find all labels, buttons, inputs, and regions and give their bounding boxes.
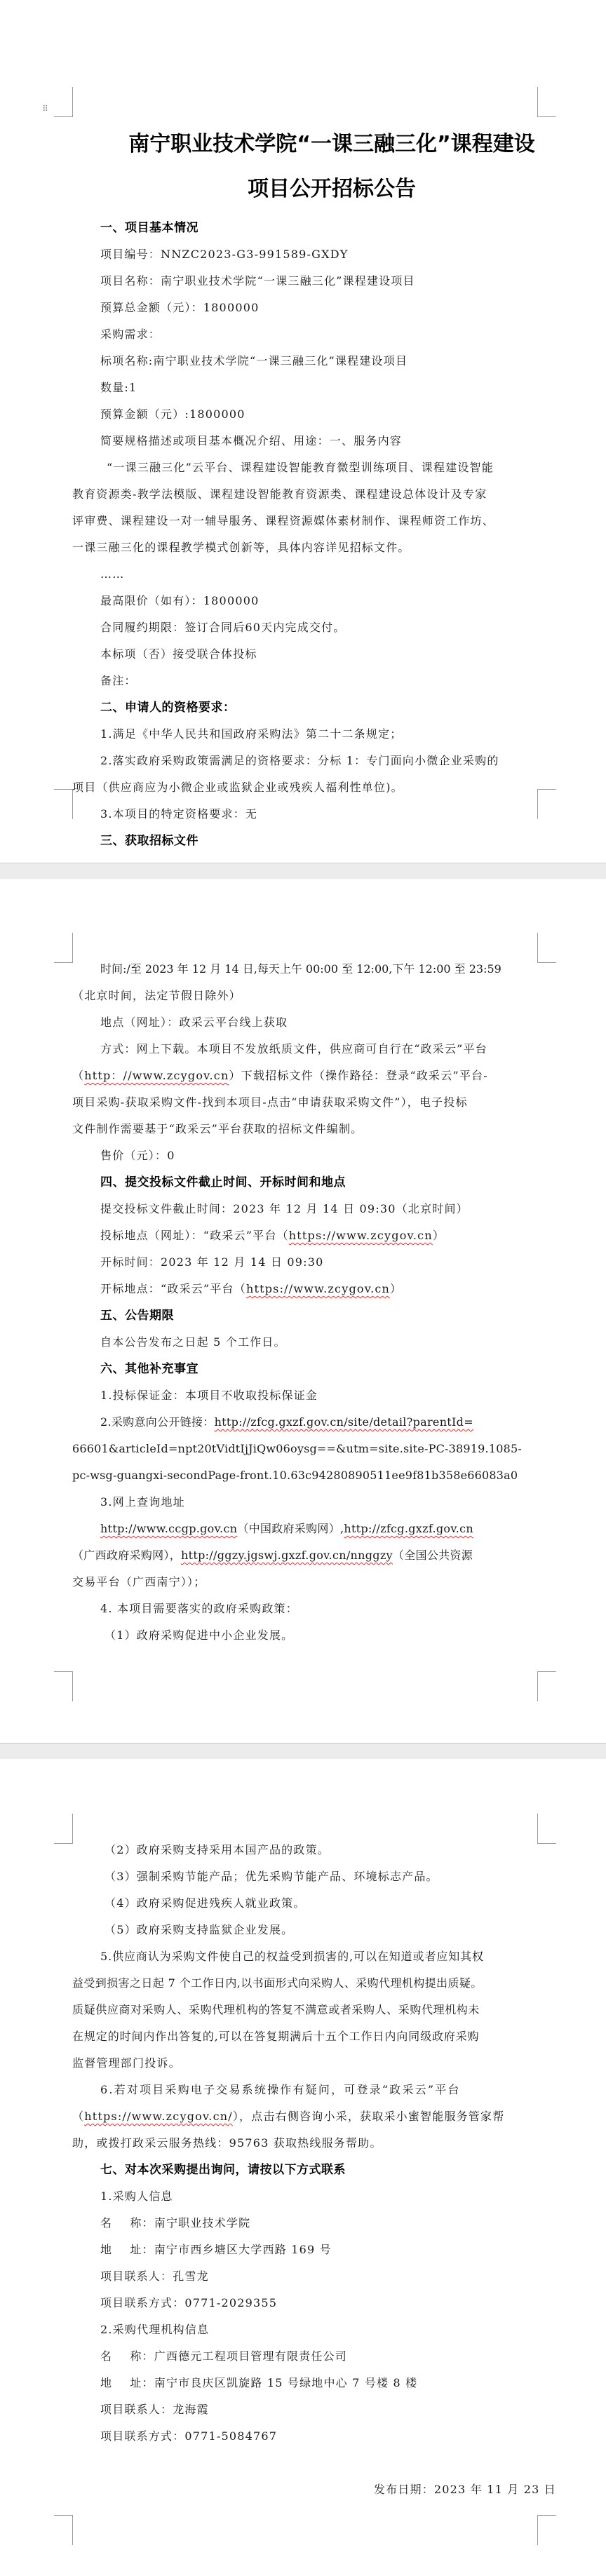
bid-bond: 1.投标保证金：本项目不收取投标保证金 [72,1382,577,1409]
bid-deadline: 提交投标文件截止时间：2023 年 12 月 14 日 09:30（北京时间） [72,1196,577,1222]
page-1-content: 南宁职业技术学院“一课三融三化”课程建设 项目公开招标公告 一、项目基本情况 项… [72,121,577,854]
gxzf-link[interactable]: http://zfcg.gxzf.gov.cn [344,1522,473,1535]
ggzy-label: （全国公共资源 [393,1549,473,1562]
section-2-heading: 二、申请人的资格要求： [72,694,577,721]
zcygov-link[interactable]: http：//www.zcygov.cn [84,1069,229,1082]
intent-link-line: 2.采购意向公开链接：http://zfcg.gxzf.gov.cn/site/… [72,1409,577,1436]
page-break [0,863,606,879]
agency-contact: 项目联系人：龙海霞 [72,2396,577,2423]
help-text-rest: ），点击右侧咨询小采，获取采小蜜智能服务管家帮 [233,2110,505,2123]
qualification-item-3: 3.本项目的特定资格要求：无 [72,801,577,828]
help-text: 6.若对项目采购电子交易系统操作有疑问，可登录“政采云”平台 [72,2077,577,2103]
project-name: 项目名称：南宁职业技术学院“一课三融三化”课程建设项目 [72,268,577,295]
intent-link[interactable]: http://zfcg.gxzf.gov.cn/site/detail?pare… [215,1415,473,1429]
project-number: 项目编号：NNZC2023-G3-991589-GXDY [72,241,577,268]
open-time: 开标时间：2023 年 12 月 14 日 09:30 [72,1249,577,1276]
query-address-label: 3.网上查询地址 [72,1489,577,1516]
intent-link-cont: 66601&articleId=npt20tVidtIjJiQw06oysg==… [72,1436,577,1462]
open-location-label: 开标地点：“政采云”平台（ [100,1282,246,1295]
obtain-method: 方式：网上下载。本项目不发放纸质文件，供应商可自行在“政采云”平台 [72,1036,577,1063]
margin-corner-mark [537,2515,556,2545]
ggzy-link[interactable]: http://ggzy.jgswj.gxzf.gov.cn/nnggzy [181,1549,393,1562]
service-content-line: 一课三融三化的课程教学模式创新等，具体内容详见招标文件。 [72,534,577,561]
margin-corner-mark [537,789,556,819]
page-3: （2）政府采购支持采用本国产品的政策。 （3）强制采购节能产品；优先采购节能产品… [0,1759,606,2576]
ellipsis: …… [72,561,577,588]
purchaser-name: 名 称：南宁职业技术学院 [72,2210,577,2237]
margin-corner-mark [54,2515,73,2545]
paren-close: ） [433,1229,445,1242]
agency-name: 名 称：广西德元工程项目管理有限责任公司 [72,2343,577,2370]
complaint-text: 质疑供应商对采购人、采购代理机构的答复不满意或者采购人、采购代理机构未 [72,1997,577,2023]
document-price: 售价（元）：0 [72,1142,577,1169]
method-text: ）下载招标文件（操作路径：登录“政采云”平台- [229,1069,487,1082]
brief-description: 简要规格描述或项目基本概况介绍、用途：一、服务内容 [72,428,577,454]
page-1: ⠿ 南宁职业技术学院“一课三融三化”课程建设 项目公开招标公告 一、项目基本情况… [0,0,606,863]
zcygov-help-link[interactable]: https://www.zcygov.cn/ [84,2110,233,2123]
contract-period: 合同履约期限：签订合同后60天内完成交付。 [72,614,577,641]
open-location-link[interactable]: https://www.zcygov.cn [246,1282,390,1295]
qualification-item-2: 2.落实政府采购政策需满足的资格要求：分标 1：专门面向小微企业采购的 [72,748,577,774]
margin-corner-mark [54,1671,73,1701]
budget-total: 预算总金额（元）：1800000 [72,295,577,321]
obtain-method-cont: 文件制作需要基于“政采云”平台获取的招标文件编制。 [72,1116,577,1142]
gxzf-label: （广西政府采购网）， [72,1549,181,1562]
ccgp-label: （中国政府采购网）, [237,1522,344,1535]
query-links-line: http://www.ccgp.gov.cn（中国政府采购网）,http://z… [72,1516,577,1542]
policy-item: （5）政府采购支持监狱企业发展。 [72,1917,577,1943]
section-5-heading: 五、公告期限 [72,1302,577,1329]
bid-location-link[interactable]: https://www.zcygov.cn [289,1229,433,1242]
policy-heading: 4. 本项目需要落实的政府采购政策： [72,1596,577,1622]
policy-item: （3）强制采购节能产品；优先采购节能产品、环境标志产品。 [72,1863,577,1890]
query-links-cont: 交易平台（广西南宁））； [72,1569,577,1596]
bid-location-label: 投标地点（网址）：“政采云”平台（ [100,1229,289,1242]
policy-item: （2）政府采购支持采用本国产品的政策。 [72,1837,577,1863]
margin-corner-mark [54,789,73,819]
quantity: 数量:1 [72,375,577,401]
page-2-content: 时间:/至 2023 年 12 月 14 日,每天上午 00:00 至 12:0… [72,956,577,1649]
complaint-text: 监督管理部门投诉。 [72,2050,577,2077]
service-content-line: 评审费、课程建设一对一辅导服务、课程资源媒体素材制作、课程师资工作坊、 [72,508,577,534]
intent-link-label: 2.采购意向公开链接： [100,1415,215,1429]
document-title-line-1: 南宁职业技术学院“一课三融三化”课程建设 [72,121,577,168]
help-text-cont: 助，或拨打政采云服务热线：95763 获取热线服务帮助。 [72,2130,577,2157]
margin-corner-mark [54,1814,73,1844]
page-3-content: （2）政府采购支持采用本国产品的政策。 （3）强制采购节能产品；优先采购节能产品… [72,1837,577,2503]
section-4-heading: 四、提交投标文件截止时间、开标时间和地点 [72,1169,577,1196]
remarks: 备注： [72,668,577,694]
section-7-heading: 七、对本次采购提出询问，请按以下方式联系 [72,2157,577,2183]
section-6-heading: 六、其他补充事宜 [72,1356,577,1382]
help-text-cont: （https://www.zcygov.cn/），点击右侧咨询小采，获取采小蜜智… [72,2103,577,2130]
budget-amount: 预算金额（元）:1800000 [72,401,577,428]
margin-corner-mark [54,933,73,963]
margin-corner-mark [537,87,556,117]
drag-handle-icon[interactable]: ⠿ [42,107,49,122]
policy-item: （1）政府采购促进中小企业发展。 [72,1622,577,1649]
paren-open: （ [72,1069,84,1082]
section-1-heading: 一、项目基本情况 [72,215,577,241]
notice-period: 自本公告发布之日起 5 个工作日。 [72,1329,577,1356]
obtain-time-cont: （北京时间，法定节假日除外） [72,983,577,1009]
purchaser-phone: 项目联系方式：0771-2029355 [72,2290,577,2317]
paren-open: （ [72,2110,84,2123]
obtain-location: 地点（网址）：政采云平台线上获取 [72,1009,577,1036]
agency-info-label: 2.采购代理机构信息 [72,2317,577,2343]
agency-address: 地 址：南宁市良庆区凯旋路 15 号绿地中心 7 号楼 8 楼 [72,2370,577,2396]
purchaser-contact: 项目联系人：孔雪龙 [72,2263,577,2290]
complaint-text: 在规定的时间内作出答复的,可以在答复期满后十五个工作日内向同级政府采购 [72,2023,577,2050]
obtain-method-cont: （http：//www.zcygov.cn）下载招标文件（操作路径：登录“政采云… [72,1063,577,1089]
consortium-bid: 本标项（否）接受联合体投标 [72,641,577,668]
qualification-item-2-cont: 项目（供应商应为小微企业或监狱企业或残疾人福利性单位)。 [72,774,577,801]
complaint-text: 5.供应商认为采购文件使自己的权益受到损害的,可以在知道或者应知其权 [72,1943,577,1970]
policy-item: （4）政府采购促进残疾人就业政策。 [72,1890,577,1917]
obtain-time: 时间:/至 2023 年 12 月 14 日,每天上午 00:00 至 12:0… [72,956,577,983]
qualification-item-1: 1.满足《中华人民共和国政府采购法》第二十二条规定； [72,721,577,748]
bid-location: 投标地点（网址）：“政采云”平台（https://www.zcygov.cn） [72,1222,577,1249]
intent-link-cont-1[interactable]: 66601&articleId=npt20tVidtIjJiQw06oysg==… [72,1442,522,1455]
max-price: 最高限价（如有）：1800000 [72,588,577,614]
agency-phone: 项目联系方式：0771-5084767 [72,2423,577,2450]
purchaser-address: 地 址：南宁市西乡塘区大学西路 169 号 [72,2237,577,2263]
paren-close: ） [390,1282,402,1295]
page-2: 时间:/至 2023 年 12 月 14 日,每天上午 00:00 至 12:0… [0,879,606,1743]
complaint-text: 益受到损害之日起 7 个工作日内,以书面形式向采购人、采购代理机构提出质疑。 [72,1970,577,1997]
requirement-label: 采购需求： [72,321,577,348]
margin-corner-mark [54,87,73,117]
section-3-heading: 三、获取招标文件 [72,828,577,854]
service-content-line: “一课三融三化”云平台、课程建设智能教育微型训练项目、课程建设智能 [72,454,577,481]
obtain-method-cont: 项目采购-获取采购文件-找到本项目-点击“申请获取采购文件”），电子投标 [72,1089,577,1116]
page-break [0,1743,606,1760]
open-location: 开标地点：“政采云”平台（https://www.zcygov.cn） [72,1276,577,1302]
document-title-line-2: 项目公开招标公告 [72,168,577,210]
intent-link-cont: pc-wsg-guangxi-secondPage-front.10.63c94… [72,1462,577,1489]
margin-corner-mark [537,1671,556,1701]
publish-date: 发布日期：2023 年 11 月 23 日 [72,2476,577,2503]
lot-name: 标项名称:南宁职业技术学院“一课三融三化”课程建设项目 [72,348,577,375]
intent-link-cont-2[interactable]: pc-wsg-guangxi-secondPage-front.10.63c94… [72,1469,518,1482]
purchaser-info-label: 1.采购人信息 [72,2183,577,2210]
query-links-cont: （广西政府采购网），http://ggzy.jgswj.gxzf.gov.cn/… [72,1542,577,1569]
service-content-line: 教育资源类-教学法模版、课程建设智能教育资源类、课程建设总体设计及专家 [72,481,577,508]
ccgp-link[interactable]: http://www.ccgp.gov.cn [100,1522,237,1535]
